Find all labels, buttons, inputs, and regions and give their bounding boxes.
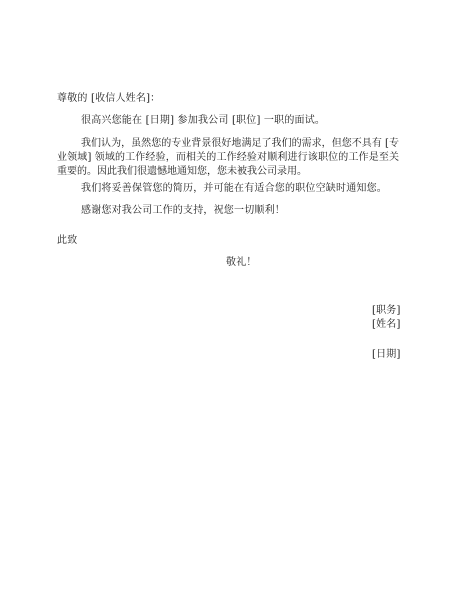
paragraph-2: 我们认为，虽然您的专业背景很好地满足了我们的需求，但您不具有 [专业领域] 领域… (57, 137, 399, 179)
signature-name: [姓名] (372, 318, 401, 332)
signature-date: [日期] (372, 348, 401, 362)
paragraph-3: 我们将妥善保管您的简历，并可能在有适合您的职位空缺时通知您。 (81, 182, 387, 196)
paragraph-1: 很高兴您能在 [日期] 参加我公司 [职位] 一职的面试。 (81, 114, 325, 128)
regards: 敬礼！ (226, 256, 257, 270)
paragraph-4: 感谢您对我公司工作的支持，祝您一切顺利！ (81, 204, 285, 218)
signature-title: [职务] (372, 304, 401, 318)
closing: 此致 (57, 234, 77, 248)
letter-page: 尊敬的 [收信人姓名]： 很高兴您能在 [日期] 参加我公司 [职位] 一职的面… (0, 0, 462, 600)
salutation: 尊敬的 [收信人姓名]： (57, 92, 160, 106)
